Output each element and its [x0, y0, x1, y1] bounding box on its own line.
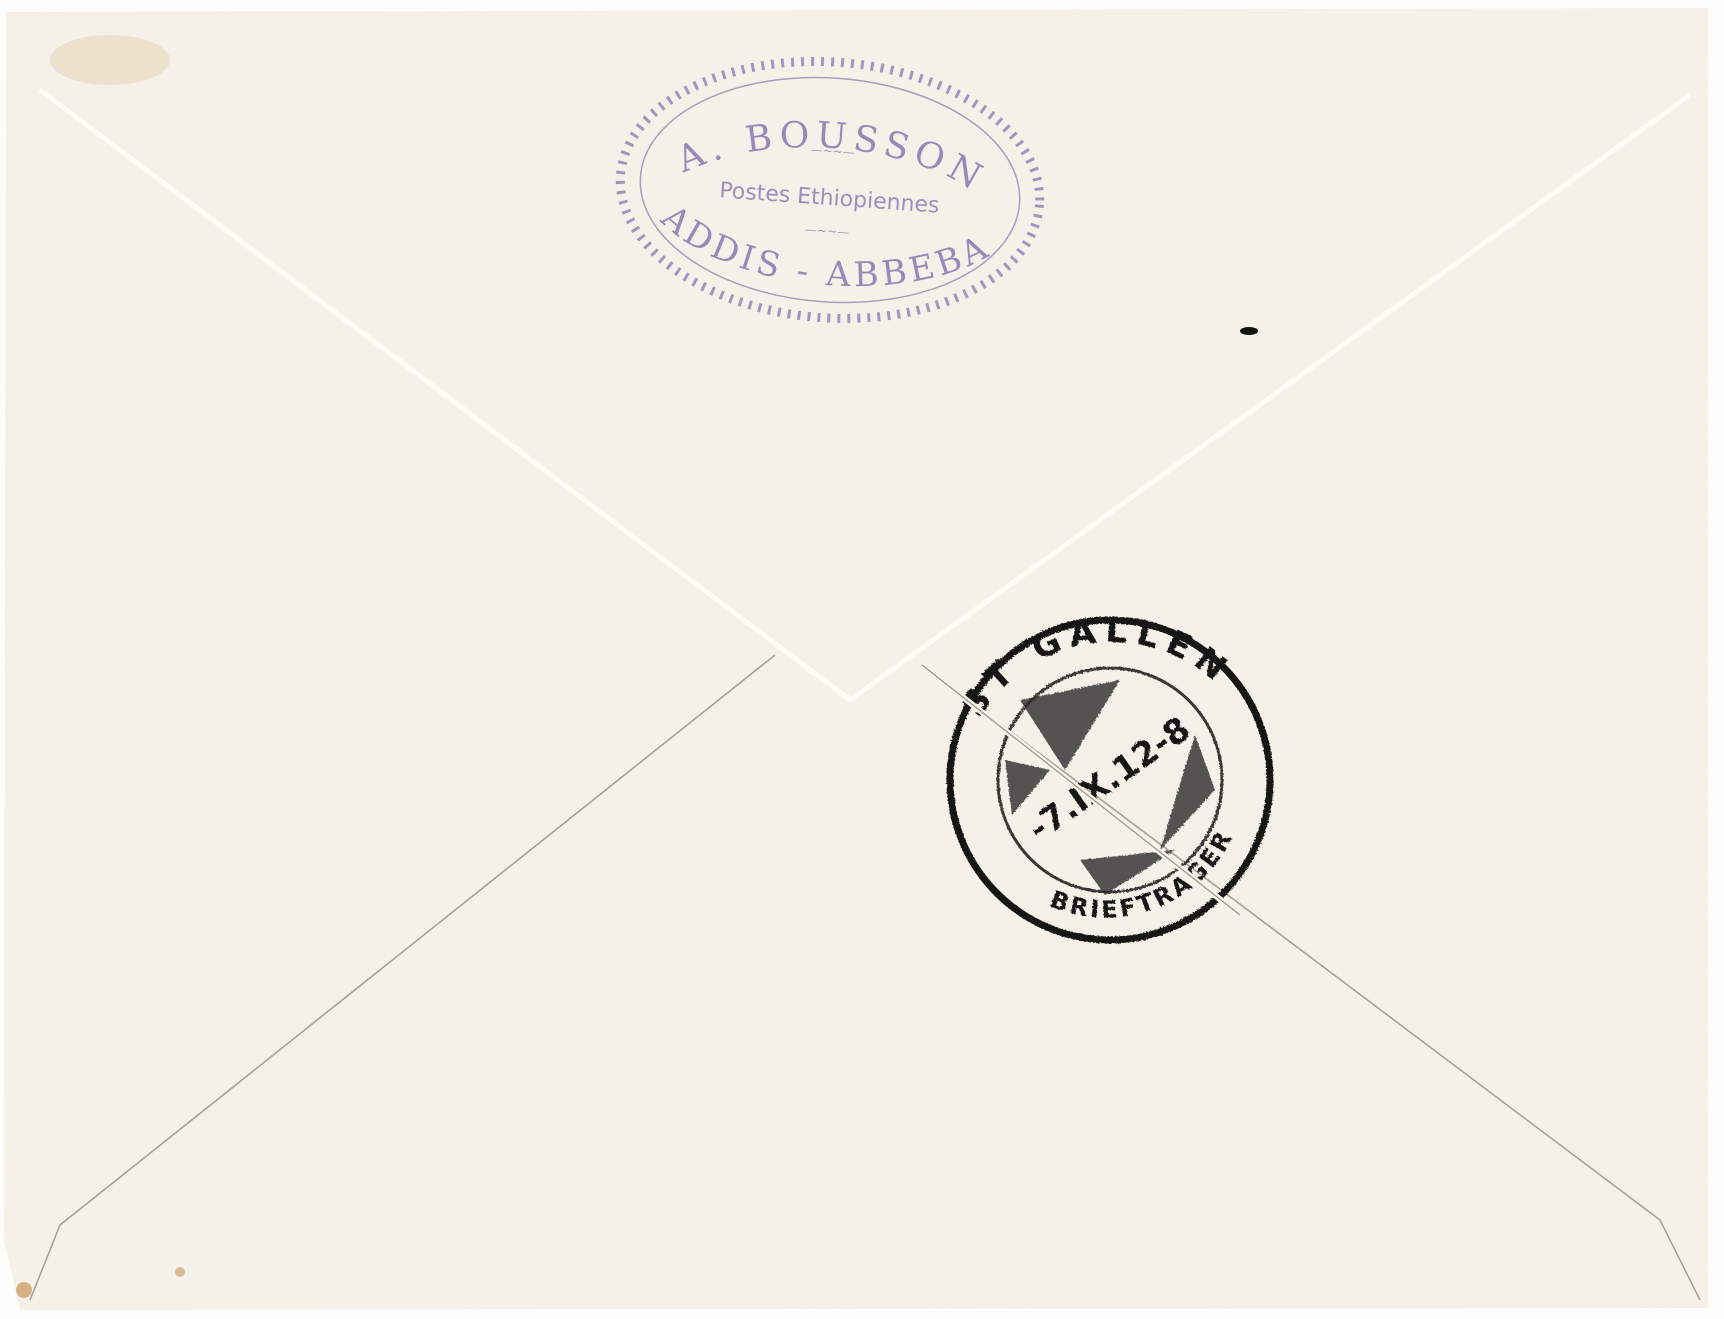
- stain: [16, 1282, 32, 1298]
- envelope-scene: A. BOUSSON Postes Ethiopiennes —~~— —~~—…: [0, 0, 1724, 1319]
- ink-dot: [1240, 327, 1258, 335]
- stain: [50, 35, 170, 85]
- stain: [175, 1267, 185, 1277]
